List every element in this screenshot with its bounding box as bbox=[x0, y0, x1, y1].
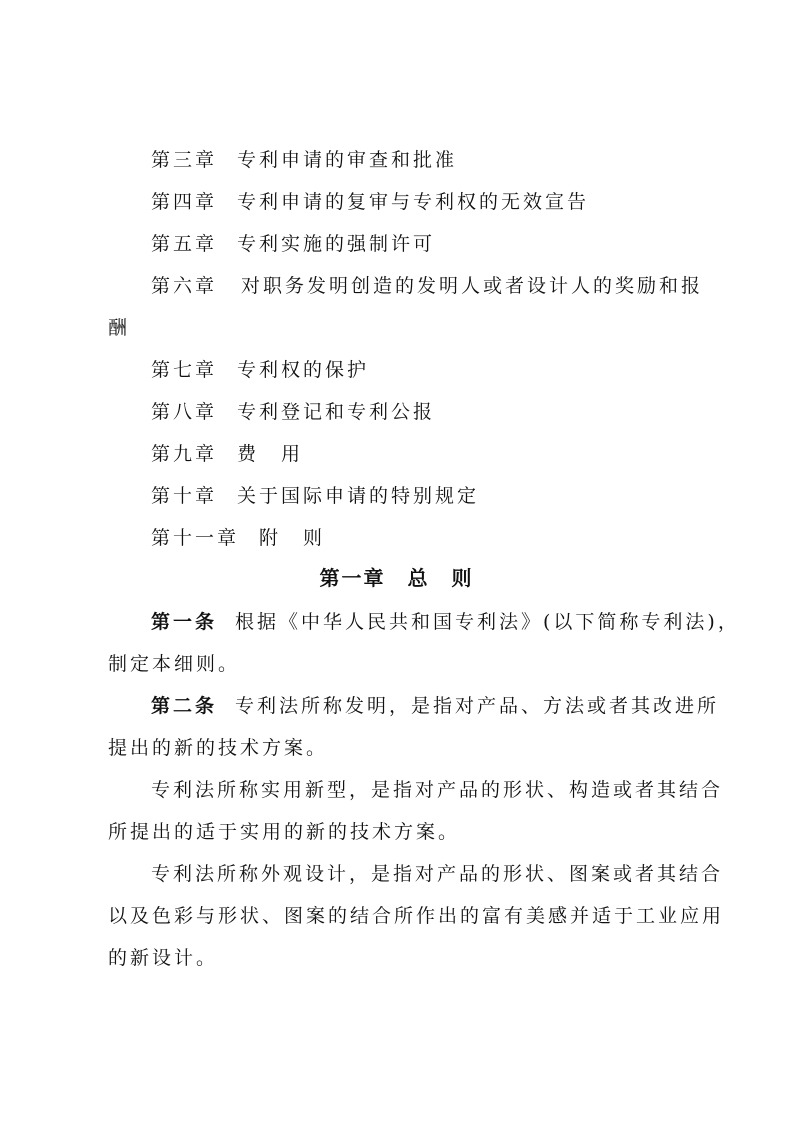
toc-chapter-number: 第三章 bbox=[151, 148, 217, 172]
toc-chapter-title: 专利申请的复审与专利权的无效宣告 bbox=[237, 190, 589, 214]
toc-entry: 第九章费 用 bbox=[151, 442, 303, 466]
paragraph-utility-model-continuation: 所提出的适于实用的新的技术方案。 bbox=[108, 820, 460, 844]
toc-chapter-title: 专利实施的强制许可 bbox=[237, 232, 435, 256]
article-label: 第二条 bbox=[151, 695, 217, 717]
toc-chapter-title: 关于国际申请的特别规定 bbox=[237, 484, 479, 508]
paragraph-design-continuation-2: 的新设计。 bbox=[108, 946, 218, 970]
toc-chapter-number: 第六章 bbox=[151, 274, 217, 298]
article-1: 第一条根据《中华人民共和国专利法》(以下简称专利法)， bbox=[151, 610, 740, 634]
toc-entry: 第三章专利申请的审查和批准 bbox=[151, 148, 457, 172]
article-2: 第二条专利法所称发明，是指对产品、方法或者其改进所 bbox=[151, 694, 719, 718]
toc-entry: 第四章专利申请的复审与专利权的无效宣告 bbox=[151, 190, 589, 214]
article-text: 专利法所称发明，是指对产品、方法或者其改进所 bbox=[235, 695, 719, 717]
article-label: 第一条 bbox=[151, 611, 217, 633]
toc-chapter-title: 费 用 bbox=[237, 442, 303, 466]
toc-entry: 第十章关于国际申请的特别规定 bbox=[151, 484, 479, 508]
toc-entry: 第五章专利实施的强制许可 bbox=[151, 232, 435, 256]
article-2-continuation: 提出的新的技术方案。 bbox=[108, 736, 328, 760]
toc-chapter-title: 专利申请的审查和批准 bbox=[237, 148, 457, 172]
toc-entry: 第十一章附 则 bbox=[151, 526, 325, 550]
toc-chapter-title: 附 则 bbox=[259, 526, 325, 550]
article-text: 根据《中华人民共和国专利法》(以下简称专利法)， bbox=[235, 611, 740, 633]
toc-entry: 第六章对职务发明创造的发明人或者设计人的奖励和报 bbox=[151, 274, 703, 298]
toc-chapter-number: 第九章 bbox=[151, 442, 217, 466]
paragraph-design: 专利法所称外观设计，是指对产品的形状、图案或者其结合 bbox=[151, 862, 723, 886]
toc-entry-continuation: 酬 bbox=[108, 316, 130, 340]
toc-entry: 第七章专利权的保护 bbox=[151, 358, 369, 382]
chapter-heading: 第一章 总 则 bbox=[0, 566, 793, 590]
toc-chapter-number: 第七章 bbox=[151, 358, 217, 382]
toc-chapter-number: 第八章 bbox=[151, 400, 217, 424]
document-page: 第三章专利申请的审查和批准 第四章专利申请的复审与专利权的无效宣告 第五章专利实… bbox=[0, 0, 793, 1122]
toc-chapter-title: 专利登记和专利公报 bbox=[237, 400, 435, 424]
toc-chapter-number: 第十章 bbox=[151, 484, 217, 508]
paragraph-design-continuation: 以及色彩与形状、图案的结合所作出的富有美感并适于工业应用 bbox=[108, 904, 724, 928]
paragraph-utility-model: 专利法所称实用新型，是指对产品的形状、构造或者其结合 bbox=[151, 778, 723, 802]
toc-chapter-number: 第四章 bbox=[151, 190, 217, 214]
toc-chapter-number: 第五章 bbox=[151, 232, 217, 256]
toc-chapter-title: 专利权的保护 bbox=[237, 358, 369, 382]
toc-chapter-title: 对职务发明创造的发明人或者设计人的奖励和报 bbox=[241, 274, 703, 298]
article-1-continuation: 制定本细则。 bbox=[108, 652, 240, 676]
toc-entry: 第八章专利登记和专利公报 bbox=[151, 400, 435, 424]
toc-chapter-number: 第十一章 bbox=[151, 526, 239, 550]
